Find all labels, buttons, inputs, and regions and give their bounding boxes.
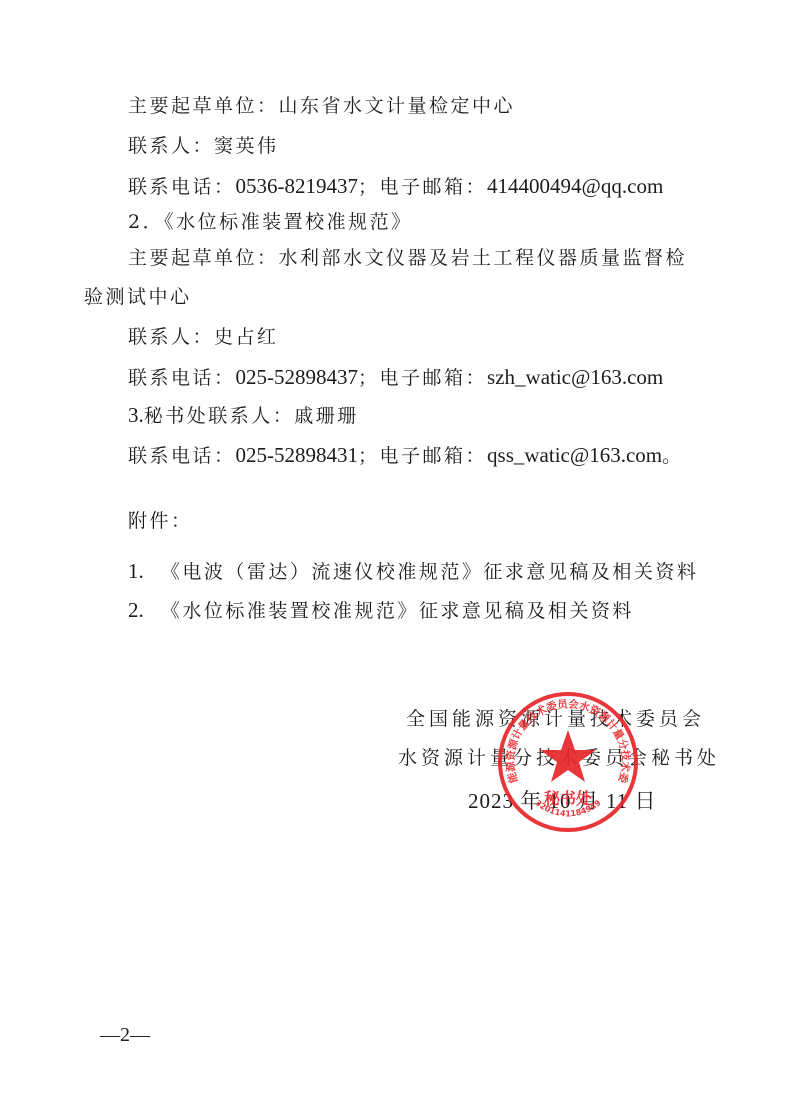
label: 联系电话： bbox=[128, 367, 236, 389]
label: 联系人： bbox=[128, 135, 214, 157]
contact-info-2: 联系电话：025-52898437；电子邮箱：szh_watic@163.com bbox=[128, 365, 663, 390]
signature-org-line-1: 全国能源资源计量技术委员会 bbox=[406, 707, 705, 731]
item-number: 2. bbox=[128, 598, 144, 622]
separator: ；电子邮箱： bbox=[358, 176, 487, 198]
attachment-item: 2. 《水位标准装置校准规范》征求意见稿及相关资料 bbox=[128, 598, 634, 623]
item-number: 1. bbox=[128, 559, 144, 583]
label: 主要起草单位： bbox=[128, 95, 279, 117]
attachments-title: 附件： bbox=[128, 509, 193, 533]
label: 联系人： bbox=[128, 326, 214, 348]
contact-info-1: 联系电话：0536-8219437；电子邮箱：414400494@qq.com bbox=[128, 174, 663, 199]
label: 联系电话： bbox=[128, 445, 236, 467]
secretariat-contact: 3.秘书处联系人：戚珊珊 bbox=[128, 403, 359, 428]
contact-person-1: 联系人：窦英伟 bbox=[128, 134, 279, 158]
separator: ；电子邮箱： bbox=[358, 367, 487, 389]
separator: ；电子邮箱： bbox=[358, 445, 487, 467]
attachment-title: 《水位标准装置校准规范》征求意见稿及相关资料 bbox=[161, 600, 634, 622]
heading-text: 2．《水位标准装置校准规范》 bbox=[128, 211, 413, 233]
label: 主要起草单位： bbox=[128, 247, 279, 269]
contact-person-2: 联系人：史占红 bbox=[128, 325, 279, 349]
attachment-item: 1. 《电波（雷达）流速仪校准规范》征求意见稿及相关资料 bbox=[128, 559, 698, 584]
svg-text:全国能源资源计量技术委员会水资源计量分技术委员会: 全国能源资源计量技术委员会水资源计量分技术委员会 bbox=[496, 690, 632, 785]
drafting-unit-1: 主要起草单位：山东省水文计量检定中心 bbox=[128, 94, 515, 118]
attachment-title: 《电波（雷达）流速仪校准规范》征求意见稿及相关资料 bbox=[161, 561, 699, 583]
email-address: 414400494@qq.com bbox=[487, 174, 663, 198]
item-number: 3. bbox=[128, 403, 144, 427]
phone-number: 025-52898437 bbox=[236, 365, 359, 389]
value: 山东省水文计量检定中心 bbox=[279, 95, 516, 117]
value: 秘书处联系人：戚珊珊 bbox=[144, 405, 359, 427]
drafting-unit-2: 主要起草单位：水利部水文仪器及岩土工程仪器质量监督检 bbox=[128, 246, 687, 270]
signature-date: 2023 年 10 月 11 日 bbox=[468, 789, 656, 813]
value: 验测试中心 bbox=[84, 286, 192, 308]
item-2-heading: 2．《水位标准装置校准规范》 bbox=[128, 210, 413, 234]
signature-org-line-2: 水资源计量分技术委员会秘书处 bbox=[398, 746, 720, 770]
value: 窦英伟 bbox=[214, 135, 279, 157]
drafting-unit-2-continued: 验测试中心 bbox=[84, 285, 192, 309]
label: 联系电话： bbox=[128, 176, 236, 198]
contact-info-3: 联系电话：025-52898431；电子邮箱：qss_watic@163.com… bbox=[128, 443, 684, 468]
email-address: szh_watic@163.com bbox=[487, 365, 663, 389]
page-number: —2— bbox=[100, 1024, 150, 1047]
value: 水利部水文仪器及岩土工程仪器质量监督检 bbox=[279, 247, 688, 269]
phone-number: 025-52898431 bbox=[236, 443, 359, 467]
value: 史占红 bbox=[214, 326, 279, 348]
email-address: qss_watic@163.com bbox=[487, 443, 662, 467]
phone-number: 0536-8219437 bbox=[236, 174, 359, 198]
period: 。 bbox=[662, 445, 684, 467]
